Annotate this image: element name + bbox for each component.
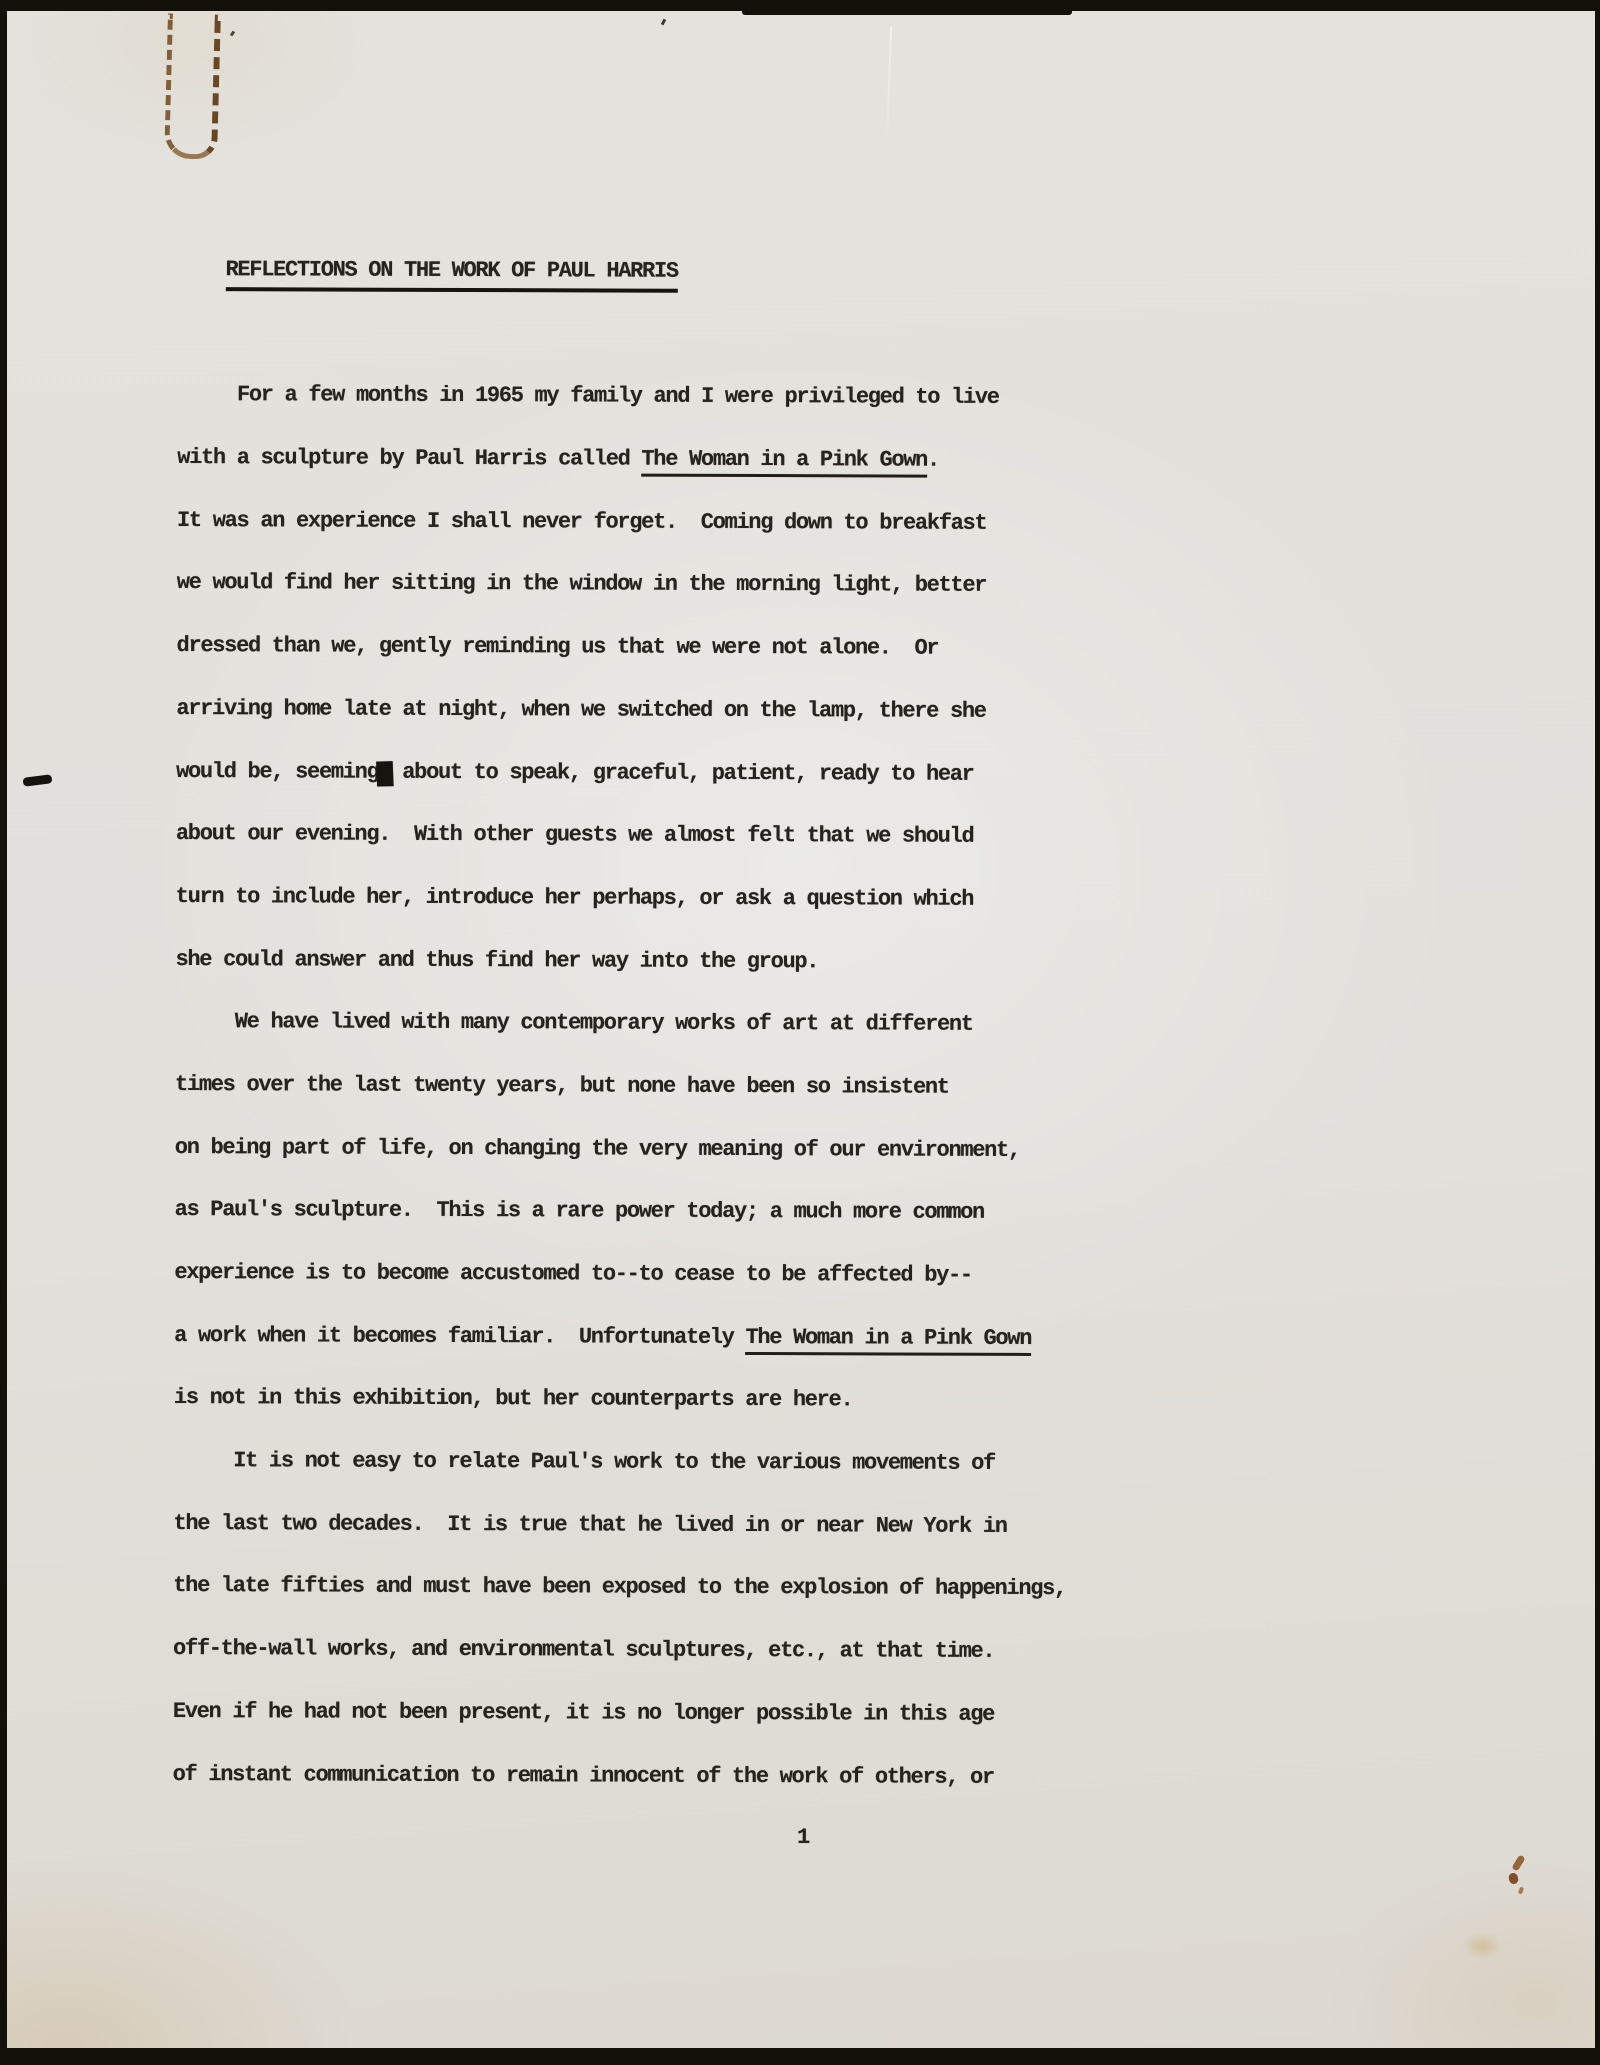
- stain-spot: [1462, 1932, 1502, 1960]
- scan-edge-left: [0, 0, 7, 2065]
- scan-edge-bottom: [0, 2048, 1600, 2065]
- document-line: the late fifties and must have been expo…: [173, 1555, 1133, 1621]
- rust-stain-fleck: [1511, 1854, 1525, 1871]
- crease-mark: [886, 26, 892, 146]
- rust-stain-fleck: [1518, 1887, 1524, 1895]
- scan-edge-right: [1595, 0, 1600, 2065]
- document-line: [178, 302, 1138, 368]
- document-line: a work when it becomes familiar. Unfortu…: [174, 1305, 1134, 1371]
- text-block: REFLECTIONS ON THE WORK OF PAUL HARRIS F…: [173, 239, 1138, 1810]
- document-line: is not in this exhibition, but her count…: [174, 1367, 1134, 1433]
- rust-stain: [1505, 1855, 1531, 1903]
- scan-edge-top: [0, 0, 1600, 11]
- document-line: the last two decades. It is true that he…: [173, 1493, 1133, 1559]
- document-line: as Paul's sculpture. This is a rare powe…: [174, 1179, 1134, 1245]
- paperclip-rust-mark: [164, 13, 221, 159]
- document-line: experience is to become accustomed to--t…: [174, 1242, 1134, 1308]
- document-line: off-the-wall works, and environmental sc…: [173, 1618, 1133, 1684]
- document-line: of instant communication to remain innoc…: [173, 1743, 1133, 1809]
- page-number: 1: [797, 1807, 809, 1870]
- document-line: turn to include her, introduce her perha…: [176, 866, 1136, 932]
- document-line: It is not easy to relate Paul's work to …: [174, 1430, 1134, 1496]
- ink-blot: █: [376, 743, 393, 806]
- document-title: REFLECTIONS ON THE WORK OF PAUL HARRIS: [178, 239, 1138, 305]
- document-line: For a few months in 1965 my family and I…: [177, 364, 1137, 430]
- document-line: with a sculpture by Paul Harris called T…: [177, 427, 1137, 493]
- document-line: would be, seeming█ about to speak, grace…: [176, 740, 1136, 806]
- dust-speck: [230, 31, 235, 37]
- document-line: about our evening. With other guests we …: [176, 803, 1136, 869]
- scan-edge-top-bump: [742, 11, 1072, 15]
- margin-dash-mark: [23, 774, 53, 786]
- document-line: we would find her sitting in the window …: [177, 552, 1137, 618]
- document-line: arriving home late at night, when we swi…: [176, 678, 1136, 744]
- document-line: Even if he had not been present, it is n…: [173, 1681, 1133, 1747]
- document-line: It was an experience I shall never forge…: [177, 490, 1137, 556]
- scanned-page: REFLECTIONS ON THE WORK OF PAUL HARRIS F…: [0, 0, 1600, 2065]
- document-line: times over the last twenty years, but no…: [175, 1054, 1135, 1120]
- document-line: she could answer and thus find her way i…: [175, 929, 1135, 995]
- dust-speck: [661, 19, 666, 26]
- document-line: on being part of life, on changing the v…: [175, 1117, 1135, 1183]
- rust-stain-fleck: [1508, 1872, 1520, 1885]
- document-line: dressed than we, gently reminding us tha…: [176, 615, 1136, 681]
- document-line: We have lived with many contemporary wor…: [175, 991, 1135, 1057]
